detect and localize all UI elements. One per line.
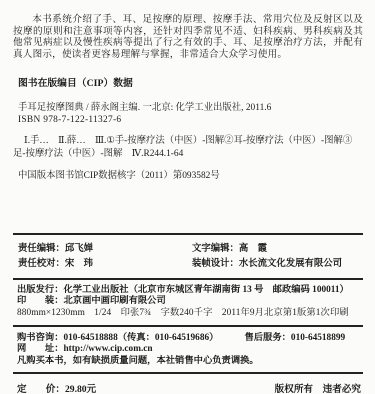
price-value: 29.80元 bbox=[65, 384, 96, 394]
responsible-editor: 责任编辑：邱飞婵 bbox=[18, 242, 192, 257]
text-editor-name: 高 霞 bbox=[239, 244, 267, 254]
exchange-policy-line: 凡购买本书，如有缺损质量问题，本社销售中心负责调换。 bbox=[17, 356, 363, 368]
text-editor-label: 文字编辑： bbox=[192, 244, 239, 254]
website-line: 网 址：http://www.cip.com.cn bbox=[17, 344, 363, 356]
cover-designer-name: 水长流文化发展有限公司 bbox=[239, 259, 342, 269]
purchase-hotline: 购书咨询：010-64518888（传真：010-64519686） bbox=[17, 333, 218, 343]
isbn-line: ISBN 978-7-122-11327-6 bbox=[13, 114, 363, 126]
cip-heading: 图书在版编目（CIP）数据 bbox=[18, 75, 363, 89]
price-row: 定 价：29.80元 版权所有 违者必究 bbox=[13, 374, 363, 394]
printer-line: 印 装：北京画中画印刷有限公司 bbox=[17, 296, 363, 308]
price-label: 定 价： bbox=[17, 384, 65, 394]
publishing-block: 出版发行：化学工业出版社（北京市东城区青年湖南街 13 号 邮政编码 10001… bbox=[13, 280, 363, 325]
after-sales-service: 售后服务：010-64518899 bbox=[244, 333, 345, 343]
format-printrun-line: 880mm×1230mm 1/24 印张7¾ 字数240千字 2011年9月北京… bbox=[17, 308, 363, 320]
book-summary-paragraph: 本书系统介绍了手、耳、足按摩的原理、按摩手法、常用穴位及反射区以及按摩的原则和注… bbox=[13, 14, 363, 60]
copyright-page: 本书系统介绍了手、耳、足按摩的原理、按摩手法、常用穴位及反射区以及按摩的原则和注… bbox=[0, 0, 375, 394]
cover-designer: 装帧设计：水长流文化发展有限公司 bbox=[192, 257, 363, 272]
credits-block: 责任编辑：邱飞婵 文字编辑：高 霞 责任校对：宋 玮 装帧设计：水长流文化发展有… bbox=[13, 235, 363, 278]
cip-record-number-line: 中国版本图书馆CIP数据核字（2011）第093582号 bbox=[13, 170, 363, 182]
contact-block: 购书咨询：010-64518888（传真：010-64519686）售后服务：0… bbox=[13, 327, 363, 373]
responsible-editor-name: 邱飞婵 bbox=[65, 244, 93, 254]
book-title-line: 手耳足按摩图典 / 薛永阁主编. 一北京: 化学工业出版社, 2011.6 bbox=[13, 102, 363, 114]
classification-line: Ⅰ.手… Ⅱ.薛… Ⅲ.①手-按摩疗法（中医）-图解②耳-按摩疗法（中医）-图解… bbox=[13, 135, 363, 160]
cover-designer-label: 装帧设计： bbox=[192, 259, 239, 269]
cip-data-block: 手耳足按摩图典 / 薛永阁主编. 一北京: 化学工业出版社, 2011.6 IS… bbox=[13, 102, 363, 182]
proofreader: 责任校对：宋 玮 bbox=[18, 257, 192, 272]
text-editor: 文字编辑：高 霞 bbox=[192, 242, 363, 257]
proofreader-label: 责任校对： bbox=[18, 259, 65, 269]
responsible-editor-label: 责任编辑： bbox=[18, 244, 65, 254]
price: 定 价：29.80元 bbox=[17, 381, 96, 394]
proofreader-name: 宋 玮 bbox=[65, 259, 93, 269]
publisher-line: 出版发行：化学工业出版社（北京市东城区青年湖南街 13 号 邮政编码 10001… bbox=[17, 285, 363, 297]
phone-line: 购书咨询：010-64518888（传真：010-64519686）售后服务：0… bbox=[17, 333, 363, 345]
copyright-notice: 版权所有 违者必究 bbox=[275, 381, 361, 394]
